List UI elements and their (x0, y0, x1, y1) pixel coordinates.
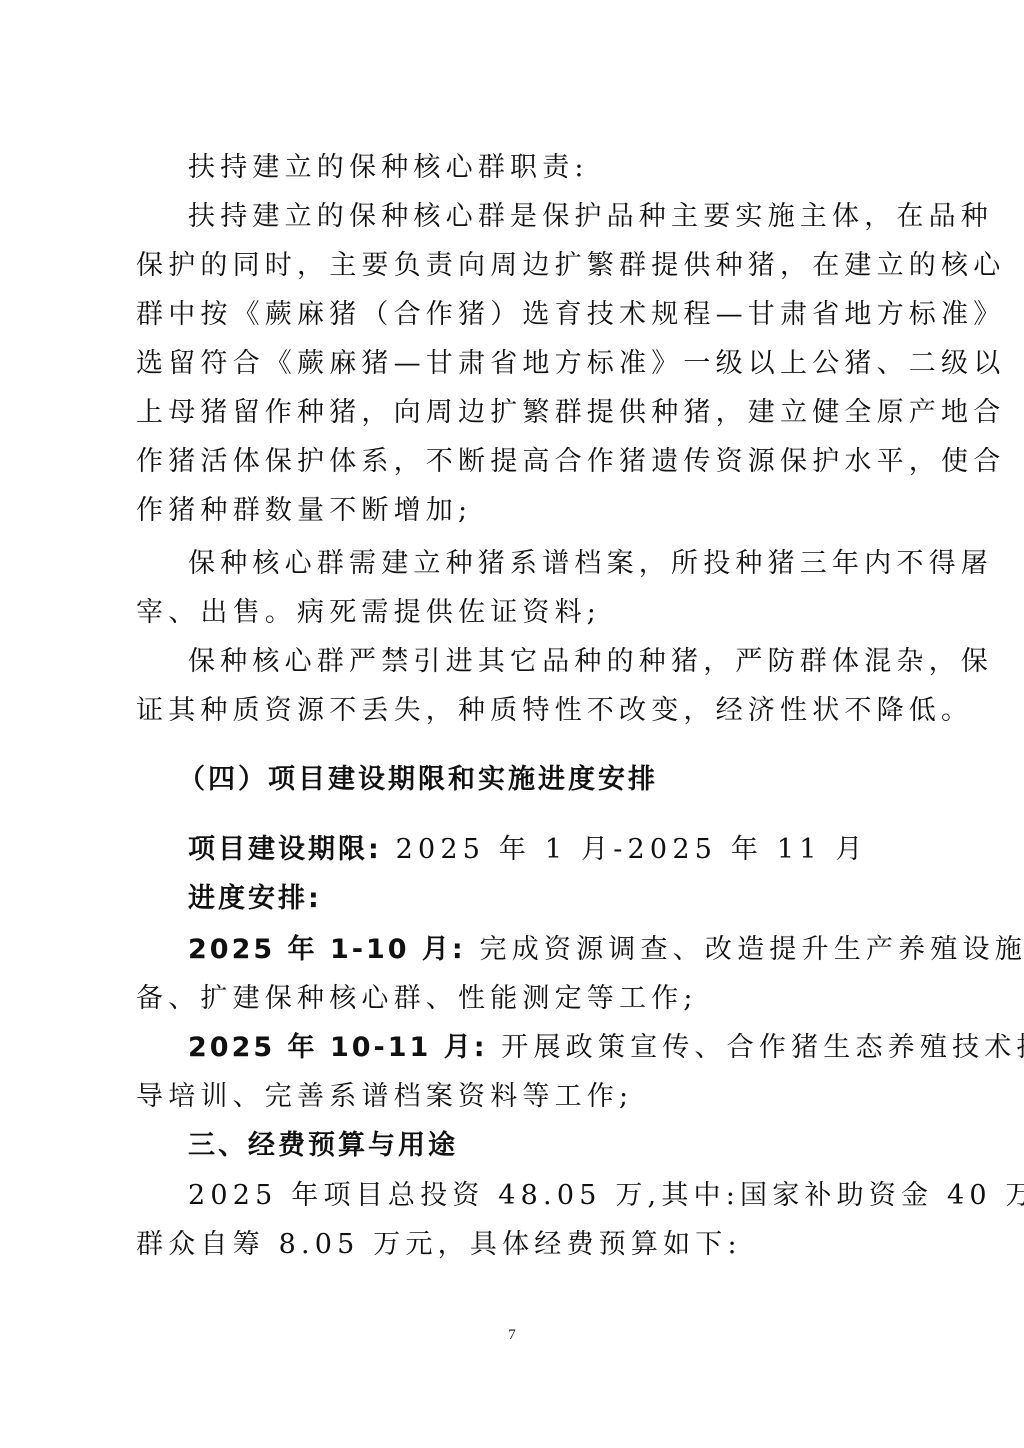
paragraph-line: 选留符合《蕨麻猪—甘肃省地方标准》一级以上公猪、二级以 (136, 348, 1005, 380)
paragraph-line: 群中按《蕨麻猪（合作猪）选育技术规程—甘肃省地方标准》 (136, 299, 1005, 331)
schedule-label: 进度安排: (188, 883, 322, 915)
schedule-item-text: 开展政策宣传、合作猪生态养殖技术指 (488, 1032, 1024, 1063)
schedule-item-text: 完成资源调查、改造提升生产养殖设施设 (466, 934, 1024, 965)
paragraph-line: 保护的同时，主要负责向周边扩繁群提供种猪，在建立的核心 (136, 250, 1005, 282)
budget-line: 2025 年项目总投资 48.05 万,其中:国家补助资金 40 万元, (188, 1180, 1024, 1212)
paragraph-line: 证其种质资源不丢失，种质特性不改变，经济性状不降低。 (136, 695, 973, 727)
period-value: 2025 年 1 月-2025 年 11 月 (382, 834, 868, 865)
period-label: 项目建设期限: (188, 834, 382, 865)
paragraph-line: 扶持建立的保种核心群是保护品种主要实施主体，在品种 (188, 201, 993, 233)
page-number: 7 (0, 1327, 1024, 1344)
paragraph-line: 作猪活体保护体系，不断提高合作猪遗传资源保护水平，使合 (136, 446, 1005, 478)
schedule-item-label: 2025 年 1-10 月: (188, 934, 466, 965)
budget-line: 群众自筹 8.05 万元，具体经费预算如下: (136, 1229, 742, 1261)
schedule-item-label: 2025 年 10-11 月: (188, 1032, 488, 1063)
paragraph-line: 上母猪留作种猪，向周边扩繁群提供种猪，建立健全原产地合 (136, 397, 1005, 429)
schedule-item-cont: 导培训、完善系谱档案资料等工作; (136, 1081, 633, 1113)
schedule-item: 2025 年 1-10 月: 完成资源调查、改造提升生产养殖设施设 (188, 934, 1024, 966)
period-line: 项目建设期限: 2025 年 1 月-2025 年 11 月 (188, 834, 868, 866)
paragraph-line: 保种核心群需建立种猪系谱档案，所投种猪三年内不得屠 (188, 548, 993, 580)
section-four-heading: （四）项目建设期限和实施进度安排 (178, 764, 658, 796)
paragraph-line: 宰、出售。病死需提供佐证资料; (136, 597, 601, 629)
duties-heading: 扶持建立的保种核心群职责: (188, 152, 589, 184)
section-three-heading: 三、经费预算与用途 (188, 1130, 458, 1162)
document-page: 扶持建立的保种核心群职责: 扶持建立的保种核心群是保护品种主要实施主体，在品种 … (0, 0, 1024, 1448)
schedule-item-cont: 备、扩建保种核心群、性能测定等工作; (136, 983, 698, 1015)
paragraph-line: 保种核心群严禁引进其它品种的种猪，严防群体混杂，保 (188, 646, 993, 678)
paragraph-line: 作猪种群数量不断增加; (136, 495, 472, 527)
schedule-item: 2025 年 10-11 月: 开展政策宣传、合作猪生态养殖技术指 (188, 1032, 1024, 1064)
